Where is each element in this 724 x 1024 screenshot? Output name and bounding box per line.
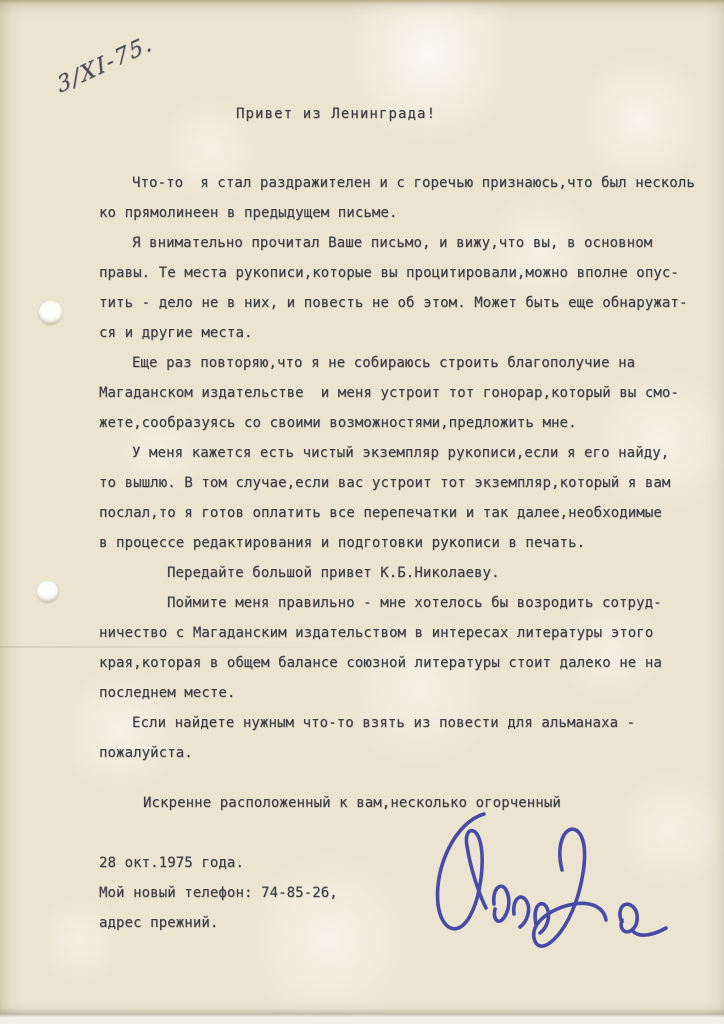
letter-line: Поймите меня правильно - мне хотелось бы… xyxy=(99,588,714,618)
paper-top-edge xyxy=(0,0,724,4)
letter-line: ко прямолинеен в предыдущем письме. xyxy=(99,198,714,228)
punch-hole xyxy=(37,581,58,602)
letter-line: Еще раз повторяю,что я не собираюсь стро… xyxy=(99,348,714,378)
letter-line: Я внимательно прочитал Ваше письмо, и ви… xyxy=(99,228,714,258)
letter-line: Что-то я стал раздражителен и с горечью … xyxy=(99,168,714,198)
punch-hole xyxy=(39,301,62,324)
letter-line: правы. Те места рукописи,которые вы проц… xyxy=(99,258,714,288)
letter-line: тить - дело не в них, и повесть не об эт… xyxy=(99,288,714,318)
signature-ink xyxy=(426,808,684,966)
letter-line: края,которая в общем балансе союзной лит… xyxy=(99,648,714,678)
letter-line: Магаданском издательстве и меня устроит … xyxy=(99,378,714,408)
paper-bottom-edge xyxy=(0,1000,724,1024)
letter-page: 3/XI-75. Привет из Ленинграда! Что-то я … xyxy=(0,0,724,1024)
handwritten-date-note: 3/XI-75. xyxy=(55,30,156,99)
letter-line: послал,то я готов оплатить все перепечат… xyxy=(99,498,714,528)
letter-line: Передайте большой привет К.Б.Николаеву. xyxy=(99,558,714,588)
letter-line: Если найдете нужным что-то взять из пове… xyxy=(99,708,714,738)
letter-line: то вышлю. В том случае,если вас устроит … xyxy=(99,468,714,498)
letter-greeting-title: Привет из Ленинграда! xyxy=(236,106,436,122)
letter-line: У меня кажется есть чистый экземпляр рук… xyxy=(99,438,714,468)
letter-line: ся и другие места. xyxy=(99,318,714,348)
letter-line: пожалуйста. xyxy=(99,738,714,768)
letter-line: ничество с Магаданским издательством в и… xyxy=(99,618,714,648)
letter-line: жете,сообразуясь со своими возможностями… xyxy=(99,408,714,438)
letter-line: в процессе редактирования и подготовки р… xyxy=(99,528,714,558)
letter-line: последнем месте. xyxy=(99,678,714,708)
